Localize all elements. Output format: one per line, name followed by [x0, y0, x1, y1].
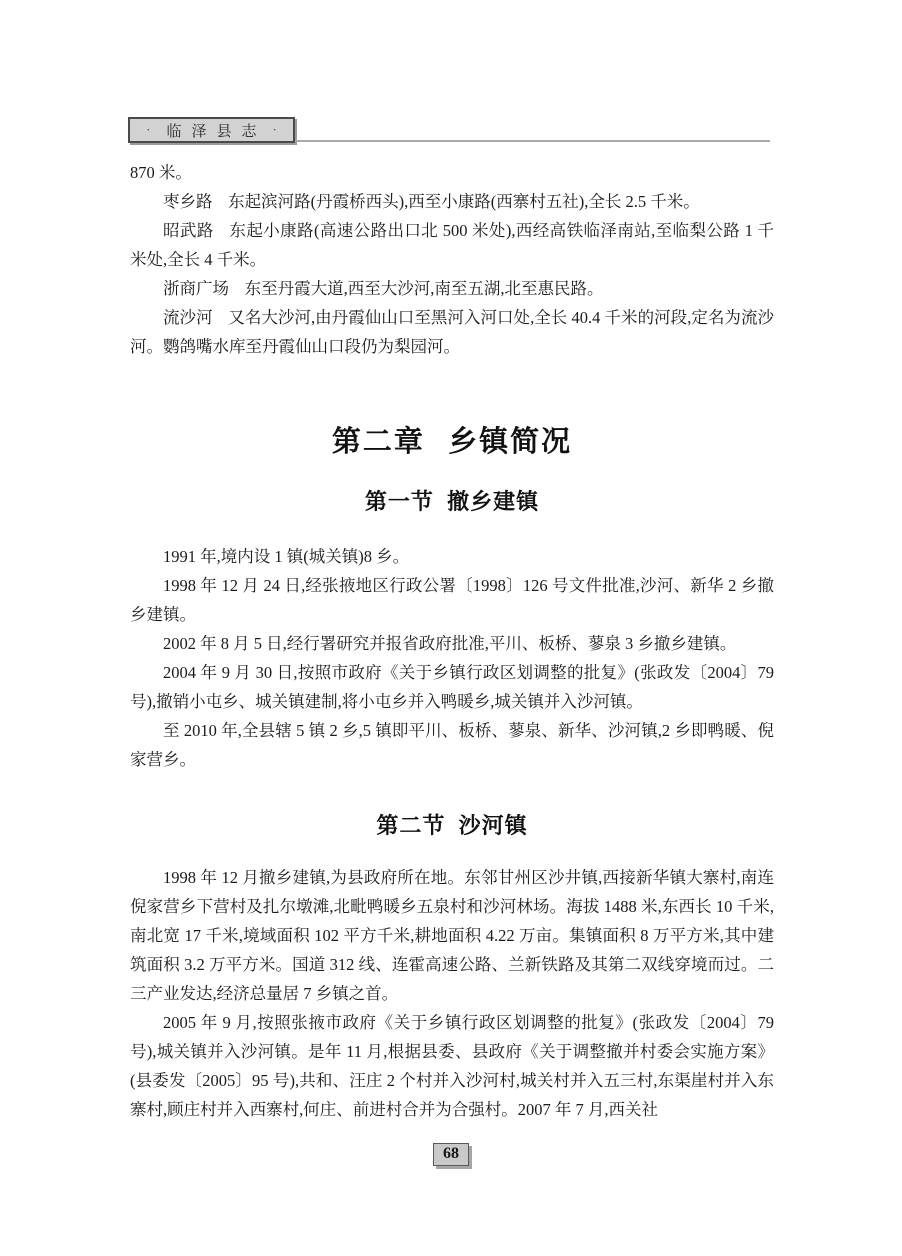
section-heading-2: 第二节沙河镇 [130, 811, 774, 841]
river-entry-paragraph: 流沙河又名大沙河,由丹霞仙山口至黑河入河口处,全长 40.4 千米的河段,定名为… [130, 303, 774, 361]
entry-text: 东起滨河路(丹霞桥西头),西至小康路(西寨村五社),全长 2.5 千米。 [228, 192, 700, 211]
road-entry-paragraph: 浙商广场东至丹霞大道,西至大沙河,南至五湖,北至惠民路。 [130, 274, 774, 303]
header-dot-right: · [273, 122, 277, 138]
book-title-box: · 临泽县志 · [128, 117, 295, 143]
section-number: 第一节 [365, 489, 434, 514]
page-body: 870 米。 枣乡路东起滨河路(丹霞桥西头),西至小康路(西寨村五社),全长 2… [130, 158, 774, 1124]
continuation-paragraph: 870 米。 [130, 158, 774, 187]
paragraph-text: 870 米。 [130, 163, 192, 182]
book-page: · 临泽县志 · 870 米。 枣乡路东起滨河路(丹霞桥西头),西至小康路(西寨… [0, 0, 902, 1256]
chapter-title: 乡镇简况 [448, 426, 572, 458]
section-heading-1: 第一节撤乡建镇 [130, 487, 774, 517]
entry-text: 东至丹霞大道,西至大沙河,南至五湖,北至惠民路。 [245, 279, 604, 298]
book-title: 临泽县志 [166, 120, 266, 141]
section-number: 第二节 [376, 813, 445, 838]
entry-term: 枣乡路 [163, 192, 213, 211]
section-title: 沙河镇 [459, 813, 528, 838]
header-dot-left: · [146, 122, 150, 138]
entry-text: 东起小康路(高速公路出口北 500 米处),西经高铁临泽南站,至临梨公路 1 千… [130, 221, 774, 269]
body-paragraph: 2002 年 8 月 5 日,经行署研究并报省政府批准,平川、板桥、蓼泉 3 乡… [130, 629, 774, 658]
road-entry-paragraph: 枣乡路东起滨河路(丹霞桥西头),西至小康路(西寨村五社),全长 2.5 千米。 [130, 187, 774, 216]
entry-text: 又名大沙河,由丹霞仙山口至黑河入河口处,全长 40.4 千米的河段,定名为流沙河… [130, 308, 774, 356]
entry-term: 昭武路 [163, 221, 214, 240]
entry-term: 浙商广场 [163, 279, 229, 298]
body-paragraph: 2005 年 9 月,按照张掖市政府《关于乡镇行政区划调整的批复》(张政发〔20… [130, 1008, 774, 1124]
page-number: 68 [433, 1143, 469, 1166]
header-rule [295, 140, 770, 142]
chapter-number: 第二章 [332, 426, 425, 458]
body-paragraph: 1991 年,境内设 1 镇(城关镇)8 乡。 [130, 542, 774, 571]
body-paragraph: 2004 年 9 月 30 日,按照市政府《关于乡镇行政区划调整的批复》(张政发… [130, 658, 774, 716]
chapter-heading: 第二章乡镇简况 [130, 422, 774, 462]
entry-term: 流沙河 [163, 308, 213, 327]
page-number-value: 68 [443, 1145, 459, 1162]
body-paragraph: 至 2010 年,全县辖 5 镇 2 乡,5 镇即平川、板桥、蓼泉、新华、沙河镇… [130, 716, 774, 774]
section-title: 撤乡建镇 [447, 489, 539, 514]
road-entry-paragraph: 昭武路东起小康路(高速公路出口北 500 米处),西经高铁临泽南站,至临梨公路 … [130, 216, 774, 274]
body-paragraph: 1998 年 12 月 24 日,经张掖地区行政公署〔1998〕126 号文件批… [130, 571, 774, 629]
page-header: · 临泽县志 · [128, 117, 770, 143]
body-paragraph: 1998 年 12 月撤乡建镇,为县政府所在地。东邻甘州区沙井镇,西接新华镇大寨… [130, 863, 774, 1008]
